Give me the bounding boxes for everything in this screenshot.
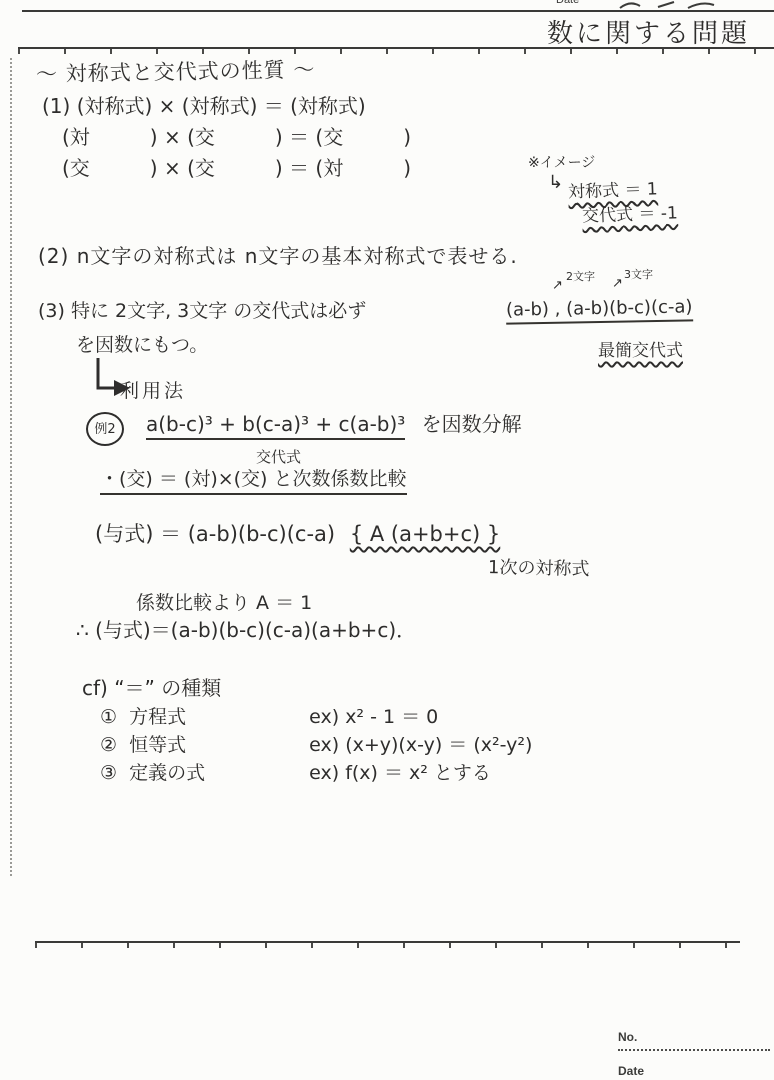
ruler-ticks-bottom — [35, 943, 740, 948]
footer-no-dotted-line — [618, 1049, 770, 1051]
first-degree-symmetric-label: 1次の対称式 — [488, 553, 590, 581]
cf-item-identity: ② 恒等式 ex) (x+y)(x-y) ＝ (x²-y²) — [100, 730, 532, 757]
cf-item3-number: ③ — [100, 762, 117, 784]
factor-tag-2letters: 2文字 — [566, 268, 595, 284]
notebook-page: Date 数に関する問題 〜 対称式と交代式の性質 〜 (1) (対称式) × … — [0, 0, 774, 1080]
up-arrow-icon-3: ↗ — [612, 276, 623, 291]
rule3-line2: を因数にもつ。 — [76, 330, 208, 357]
up-arrow-icon-2: ↗ — [552, 278, 563, 293]
cf-item-equation: ① 方程式 ex) x² - 1 ＝ 0 — [100, 702, 438, 729]
cf-item1-example: ex) x² - 1 ＝ 0 — [309, 706, 438, 728]
example2-task: を因数分解 — [422, 412, 522, 436]
cf-item3-name: 定義の式 — [129, 758, 279, 785]
cf-item3-example: ex) f(x) ＝ x² とする — [309, 762, 491, 784]
cf-heading: cf) “＝” の種類 — [82, 672, 221, 701]
rule1-line1: (1) (対称式) × (対称式) ＝ (対称式) — [42, 90, 366, 119]
rule1-line3: (交 ) × (交 ) ＝ (対 ) — [62, 152, 411, 181]
cf-item-definition: ③ 定義の式 ex) f(x) ＝ x² とする — [100, 758, 491, 785]
section-heading: 〜 対称式と交代式の性質 〜 — [36, 54, 316, 89]
derivation-line1-left: (与式) ＝ (a-b)(b-c)(c-a) — [95, 522, 335, 546]
left-margin-dotted-line — [10, 58, 12, 876]
simplest-alternating-label: 最簡交代式 — [598, 336, 683, 361]
rule3-factors: (a-b) , (a-b)(b-c)(c-a) — [506, 296, 693, 324]
cf-item1-name: 方程式 — [129, 702, 279, 729]
derivation-line1: (与式) ＝ (a-b)(b-c)(c-a) { A (a+b+c) } — [95, 518, 500, 548]
rule2-line: (2) n文字の対称式は n文字の基本対称式で表せる. — [38, 240, 518, 269]
factor-tag-3letters: 3文字 — [624, 266, 653, 282]
rule1-line2: (対 ) × (交 ) ＝ (交 ) — [62, 121, 411, 150]
cf-item2-example: ex) (x+y)(x-y) ＝ (x²-y²) — [309, 734, 532, 756]
hook-arrow-icon: ↳ — [548, 172, 563, 193]
method-line: ・(交) ＝ (対)×(交) と次数係数比較 — [100, 464, 407, 495]
cf-item2-number: ② — [100, 734, 117, 756]
rule3-line1: (3) 特に 2文字, 3文字 の交代式は必ず — [38, 296, 366, 323]
page-title: 数に関する問題 — [547, 13, 750, 50]
top-cutoff-handwriting — [618, 0, 738, 10]
top-date-label: Date — [556, 0, 579, 6]
derivation-line3: ∴ (与式)＝(a-b)(b-c)(c-a)(a+b+c)． — [76, 614, 416, 643]
header-rule-top — [22, 10, 774, 12]
example2-line: a(b-c)³ + b(c-a)³ + c(a-b)³ を因数分解 — [146, 408, 522, 437]
footer-date-label: Date — [618, 1064, 644, 1078]
footer-no-label: No. — [618, 1030, 637, 1044]
usage-heading: 利用法 — [120, 376, 186, 403]
derivation-line2: 係数比較より A ＝ 1 — [136, 588, 312, 615]
example2-expression: a(b-c)³ + b(c-a)³ + c(a-b)³ — [146, 412, 405, 440]
margin-note-alternating: 交代式 ＝ -1 — [582, 198, 679, 226]
margin-note-head: ※イメージ — [528, 152, 595, 172]
derivation-line1-brace: { A (a+b+c) } — [350, 522, 500, 546]
ruler-ticks-top — [18, 49, 774, 54]
example2-badge: 例2 — [86, 412, 124, 446]
cf-item2-name: 恒等式 — [129, 730, 279, 757]
cf-item1-number: ① — [100, 706, 117, 728]
margin-note-symmetric: 対称式 ＝ 1 — [568, 174, 658, 202]
